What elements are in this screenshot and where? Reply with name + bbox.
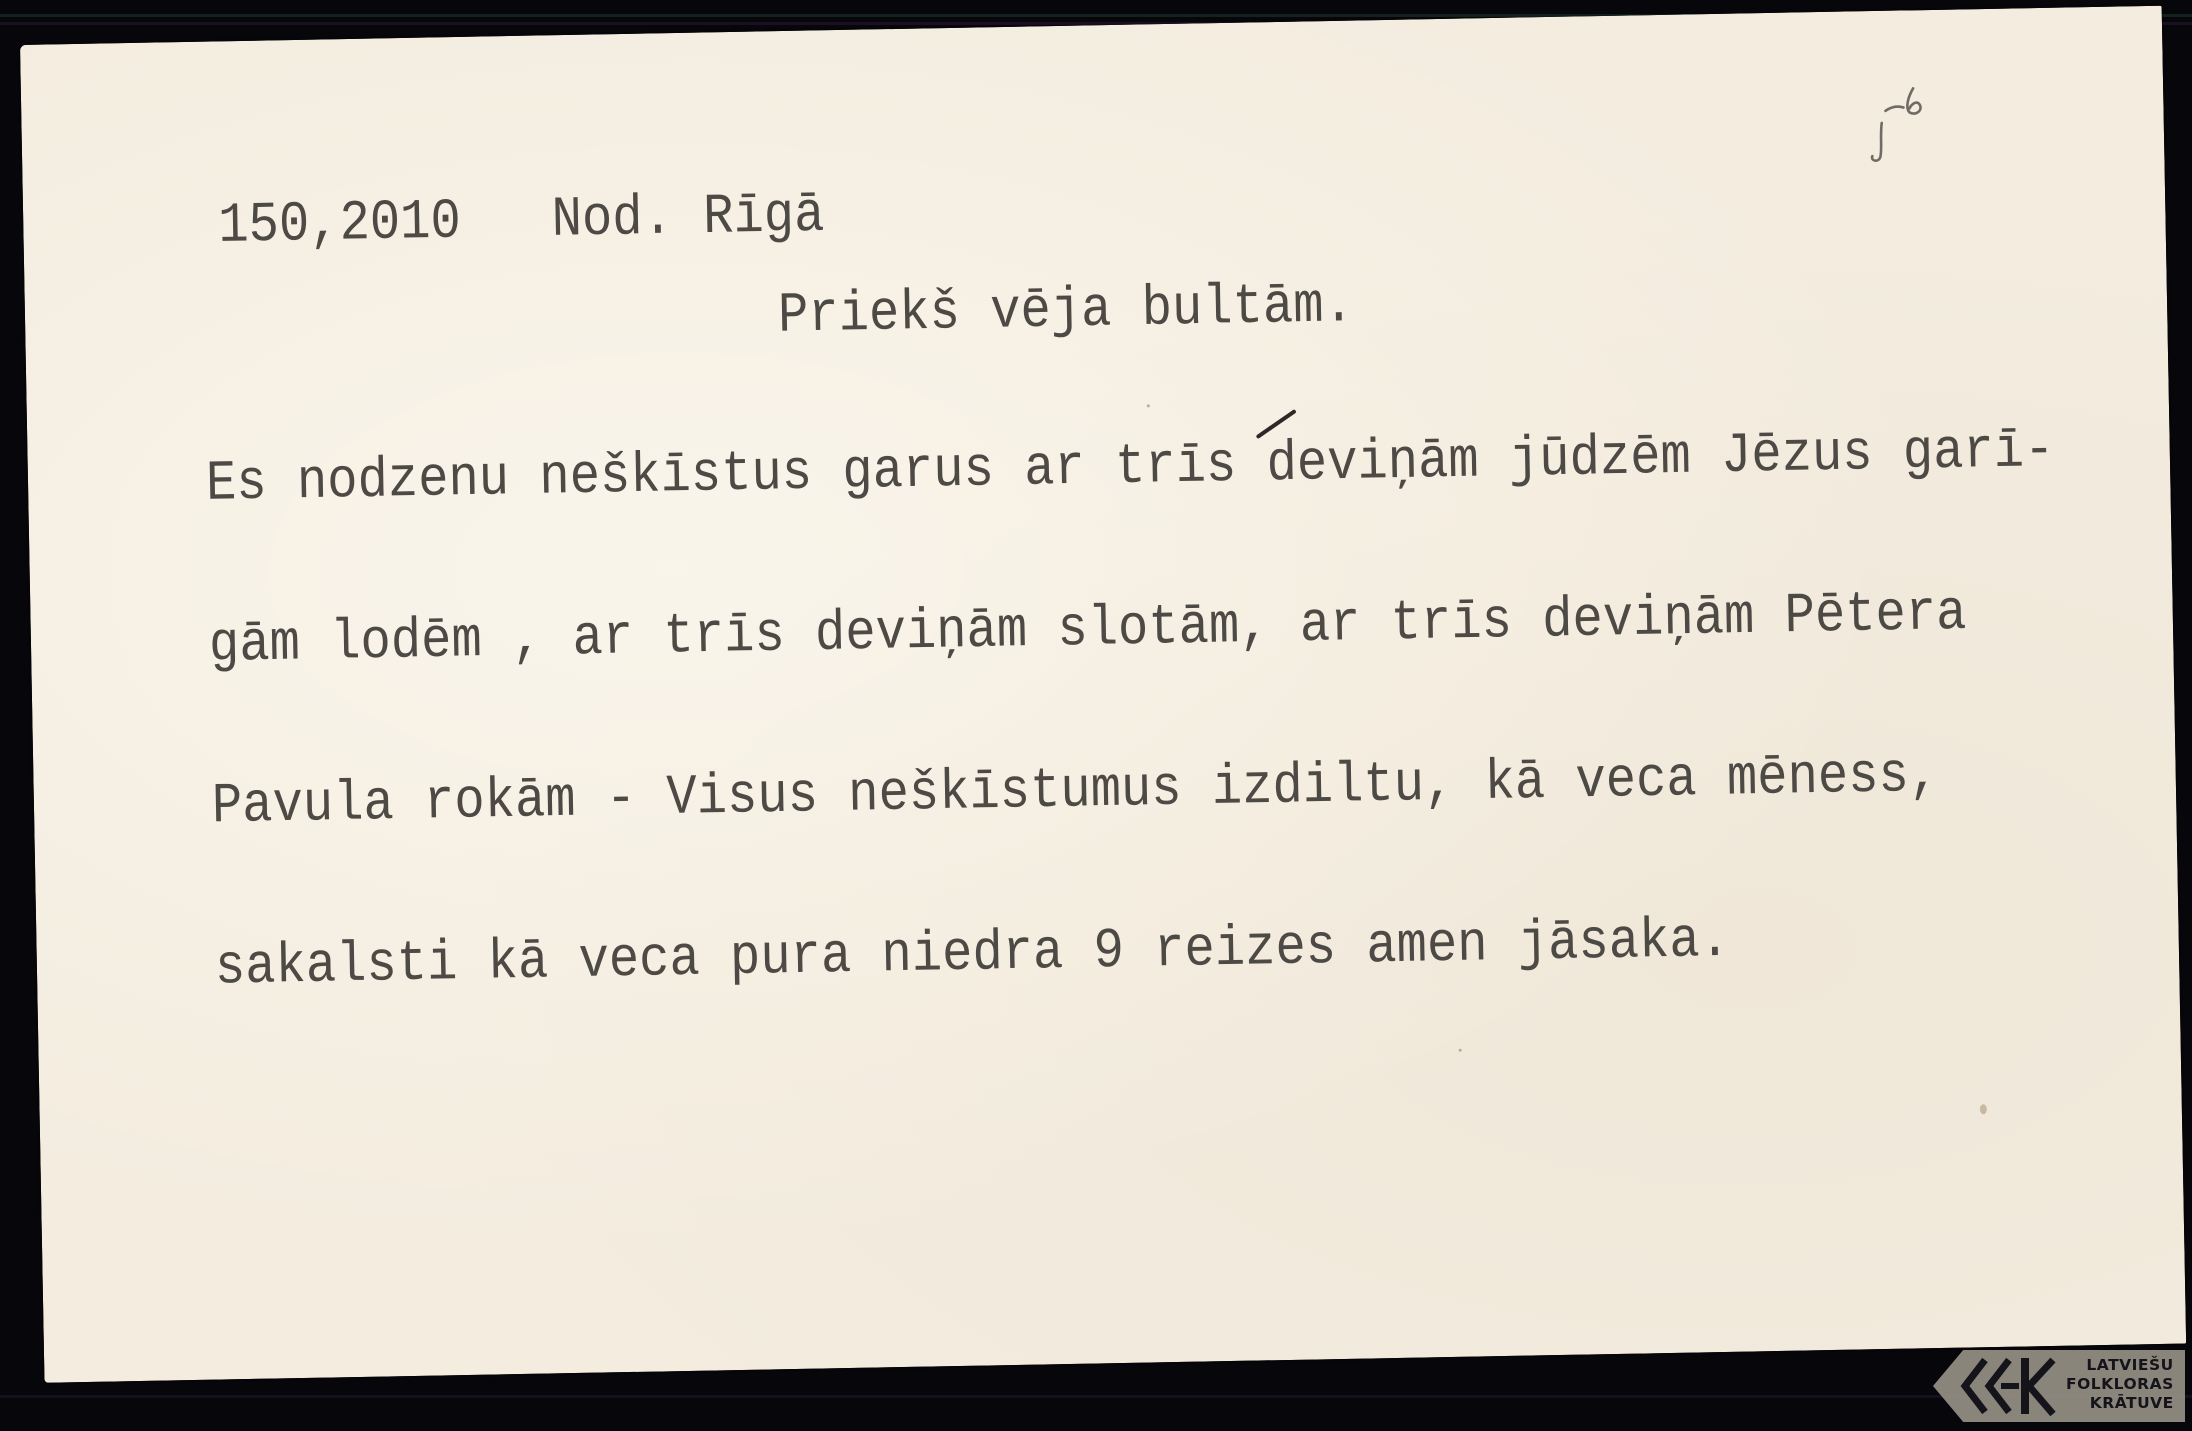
card-header: 150,2010 Nod. Rīgā: [218, 190, 825, 255]
body-line: sakalsti kā veca pura niedra 9 reizes am…: [214, 908, 2063, 996]
logo-line-1: LATVIEŠU: [2066, 1356, 2174, 1375]
paper-stain: [1980, 1104, 1987, 1114]
card-body: Es nodzenu neškīstus garus ar trīs deviņ…: [204, 317, 2066, 1103]
record-number: 150,2010: [218, 191, 462, 259]
archive-logo-badge: LATVIEŠU FOLKLORAS KRĀTUVE: [1933, 1350, 2185, 1422]
body-line: Es nodzenu neškīstus garus ar trīs deviņ…: [206, 425, 2055, 513]
logo-text: LATVIEŠU FOLKLORAS KRĀTUVE: [2066, 1356, 2174, 1413]
record-location: Nod. Rīgā: [551, 184, 825, 253]
body-line: gām lodēm , ar trīs deviņām slotām, ar t…: [209, 586, 2058, 674]
lfk-logo-icon: [1953, 1356, 2063, 1416]
handwritten-page-note: 5-6: [1861, 80, 1953, 172]
paper-speck: [1147, 404, 1150, 407]
body-line: Pavula rokām - Visus neškīstumus izdiltu…: [212, 747, 2061, 835]
logo-line-2: FOLKLORAS: [2066, 1375, 2174, 1394]
paper-speck: [1169, 779, 1172, 782]
logo-line-3: KRĀTUVE: [2066, 1394, 2174, 1413]
paper-speck: [1459, 1049, 1462, 1052]
scan-artifact: [0, 1395, 2192, 1398]
handwritten-slash-mark: [1252, 402, 1303, 443]
archive-index-card: 150,2010 Nod. Rīgā Priekš vēja bultām. E…: [20, 6, 2186, 1383]
